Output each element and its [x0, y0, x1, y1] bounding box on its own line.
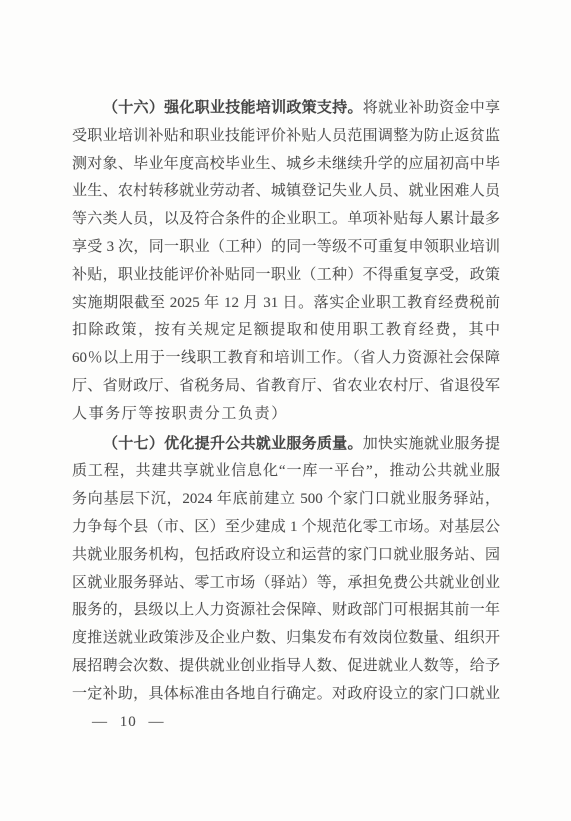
text-line: 务向基层下沉，2024 年底前建立 500 个家门口就业服务驿站， — [72, 486, 500, 514]
text-line: 等六类人员，以及符合条件的企业职工。单项补贴每人累计最多 — [72, 206, 500, 234]
text-line: 质工程，共建共享就业信息化“一库一平台”，推动公共就业服 — [72, 458, 500, 486]
text-line: 测对象、毕业年度高校毕业生、城乡未继续升学的应届初高中毕 — [72, 151, 500, 179]
text-line: 60％以上用于一线职工教育和培训工作。（省人力资源社会保障 — [72, 345, 500, 373]
document-body: （十六）强化职业技能培训政策支持。将就业补助资金中享 受职业培训补贴和职业技能评… — [72, 95, 500, 709]
section-16: （十六）强化职业技能培训政策支持。将就业补助资金中享 受职业培训补贴和职业技能评… — [72, 95, 500, 429]
text-line: 一定补助，具体标准由各地自行确定。对政府设立的家门口就业 — [72, 681, 500, 709]
text-line: 实施期限截至 2025 年 12 月 31 日。落实企业职工教育经费税前 — [72, 290, 500, 318]
text-line: 展招聘会次数、提供就业创业指导人数、促进就业人数等，给予 — [72, 653, 500, 681]
document-page: （十六）强化职业技能培训政策支持。将就业补助资金中享 受职业培训补贴和职业技能评… — [0, 0, 571, 821]
text-line: 享受 3 次，同一职业（工种）的同一等级不可重复申领职业培训 — [72, 234, 500, 262]
text-line: （十七）优化提升公共就业服务质量。加快实施就业服务提 — [72, 431, 500, 459]
section-17-text: 加快实施就业服务提 — [363, 436, 500, 452]
text-line: 业生、农村转移就业劳动者、城镇登记失业人员、就业困难人员 — [72, 178, 500, 206]
text-line: 厅、省财政厅、省税务局、省教育厅、省农业农村厅、省退役军 — [72, 373, 500, 401]
section-16-text: 将就业补助资金中享 — [363, 100, 500, 116]
text-line: 力争每个县（市、区）至少建成 1 个规范化零工市场。对基层公 — [72, 514, 500, 542]
text-line: 区就业服务驿站、零工市场（驿站）等，承担免费公共就业创业 — [72, 570, 500, 598]
section-17-heading: （十七）优化提升公共就业服务质量。 — [103, 436, 363, 452]
section-16-heading: （十六）强化职业技能培训政策支持。 — [103, 100, 363, 116]
text-line: 补贴，职业技能评价补贴同一职业（工种）不得重复享受，政策 — [72, 262, 500, 290]
text-line: （十六）强化职业技能培训政策支持。将就业补助资金中享 — [72, 95, 500, 123]
text-line: 服务的，县级以上人力资源社会保障、财政部门可根据其前一年 — [72, 597, 500, 625]
section-17: （十七）优化提升公共就业服务质量。加快实施就业服务提 质工程，共建共享就业信息化… — [72, 431, 500, 709]
text-line: 人事务厅等按职责分工负责） — [72, 401, 500, 429]
text-line: 共就业服务机构，包括政府设立和运营的家门口就业服务站、园 — [72, 542, 500, 570]
text-line: 受职业培训补贴和职业技能评价补贴人员范围调整为防止返贫监 — [72, 123, 500, 151]
text-line: 度推送就业政策涉及企业户数、归集发布有效岗位数量、组织开 — [72, 625, 500, 653]
text-line: 扣除政策，按有关规定足额提取和使用职工教育经费，其中 — [72, 317, 500, 345]
page-number: — 10 — — [92, 710, 165, 734]
